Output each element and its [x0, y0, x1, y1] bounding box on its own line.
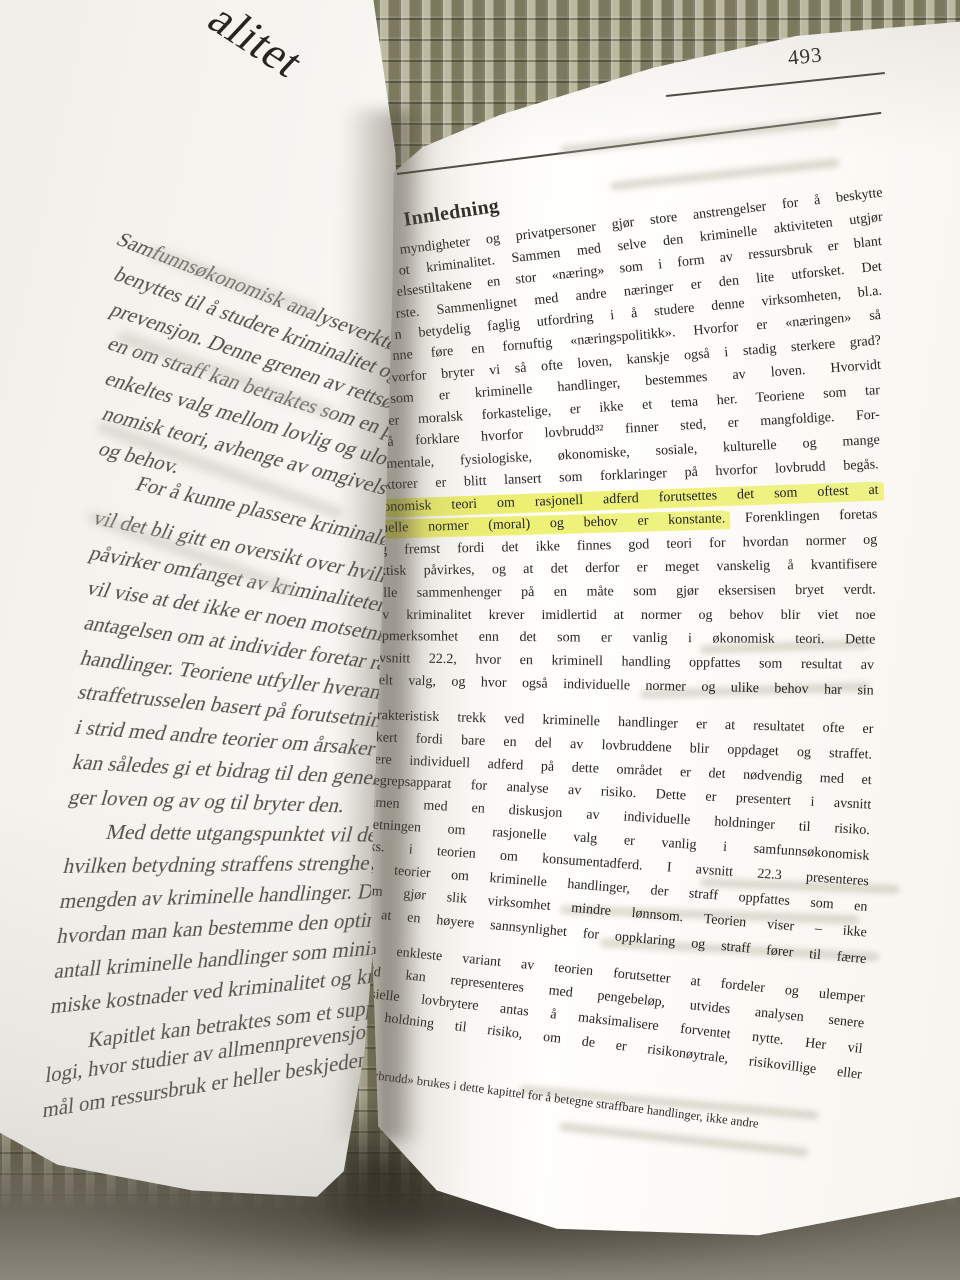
- book-gutter-shadow: [333, 110, 436, 1141]
